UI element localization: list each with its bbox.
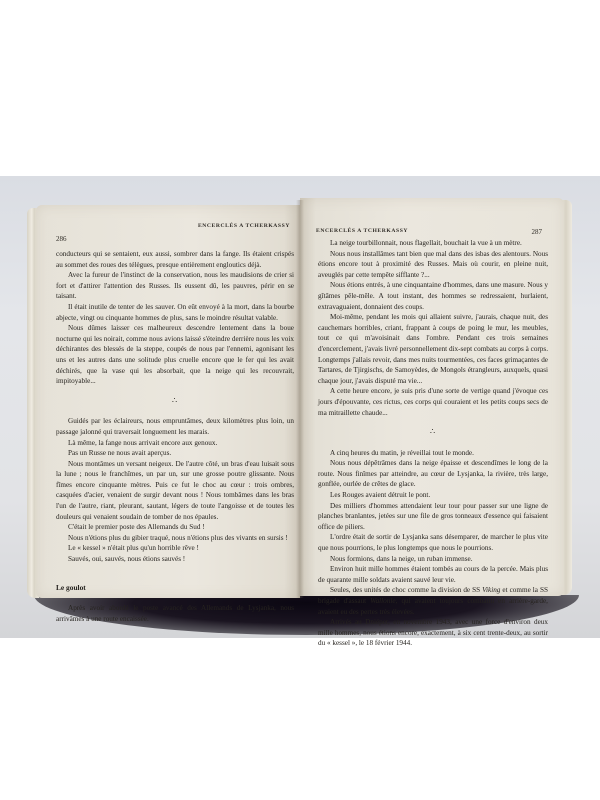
running-head-left: ENCERCLÉS A TCHERKASSY (198, 223, 290, 229)
paragraph: Nous nous installâmes tant bien que mal … (318, 249, 548, 281)
paragraph: Les Rouges avaient détruit le pont. (318, 490, 548, 501)
page-number-left: 286 (56, 235, 67, 243)
paragraph: Sauvés, oui, sauvés, nous étions sauvés … (56, 554, 294, 565)
right-block-1: La neige tourbillonnait, nous flagellait… (318, 238, 548, 418)
left-page: ENCERCLÉS A TCHERKASSY 286 conducteurs q… (36, 205, 300, 598)
left-block-3: Après avoir abordé le poste avancé des A… (56, 603, 294, 624)
running-head-right: ENCERCLÉS A TCHERKASSY (316, 228, 408, 234)
right-page: ENCERCLÉS A TCHERKASSY 287 La neige tour… (300, 198, 564, 596)
paragraph: Nous montâmes un versant neigeux. De l'a… (56, 459, 294, 523)
paragraph: Nous formions, dans la neige, un ruban i… (318, 554, 548, 565)
paragraph: Le « kessel » n'était plus qu'un horribl… (56, 543, 294, 554)
paragraph: Des milliers d'hommes attendaient leur t… (318, 501, 548, 533)
paragraph: Guidés par les éclaireurs, nous empruntâ… (56, 416, 294, 437)
paragraph: Seules, des unités de choc comme la divi… (318, 585, 548, 617)
page-number-right: 287 (532, 228, 543, 236)
paragraph: Pas un Russe ne nous avait aperçus. (56, 448, 294, 459)
left-block-2: Guidés par les éclaireurs, nous empruntâ… (56, 416, 294, 564)
paragraph: Moi-même, pendant les mois qui allaient … (318, 312, 548, 386)
right-page-text: La neige tourbillonnait, nous flagellait… (318, 238, 548, 649)
paragraph: Nous n'étions plus du gibier traqué, nou… (56, 533, 294, 544)
section-break-ornament: ∴ (56, 396, 294, 407)
paragraph: Avec la fureur de l'instinct de la conse… (56, 270, 294, 302)
paragraph: A cinq heures du matin, je réveillai tou… (318, 448, 548, 459)
paragraph: Là même, la fange nous arrivait encore a… (56, 438, 294, 449)
paragraph: Il était inutile de tenter de les sauver… (56, 302, 294, 323)
paragraph: L'ordre était de sortir de Lysjanka sans… (318, 532, 548, 553)
paragraph: C'était le premier poste des Allemands d… (56, 522, 294, 533)
paragraph: Environ huit mille hommes étaient tombés… (318, 564, 548, 585)
section-break-ornament: ∴ (318, 427, 548, 438)
paragraph: Après avoir abordé le poste avancé des A… (56, 603, 294, 624)
book-gutter (296, 200, 304, 598)
section-title: Le goulot (56, 583, 294, 594)
paragraph: Nous nous dépêtrâmes dans la neige épais… (318, 458, 548, 490)
right-block-2: A cinq heures du matin, je réveillai tou… (318, 448, 548, 649)
paragraph: La neige tourbillonnait, nous flagellait… (318, 238, 548, 249)
left-block-1: conducteurs qui se sentaient, eux aussi,… (56, 249, 294, 387)
left-page-text: conducteurs qui se sentaient, eux aussi,… (56, 249, 294, 624)
paragraph: Arrivés au Dniéper, en novembre 1943, av… (318, 617, 548, 649)
paragraph: Nous dûmes laisser ces malheureux descen… (56, 323, 294, 387)
paragraph: Nous étions entrés, à une cinquantaine d… (318, 280, 548, 312)
paragraph: A cette heure encore, je suis pris d'une… (318, 386, 548, 418)
paragraph: conducteurs qui se sentaient, eux aussi,… (56, 249, 294, 270)
